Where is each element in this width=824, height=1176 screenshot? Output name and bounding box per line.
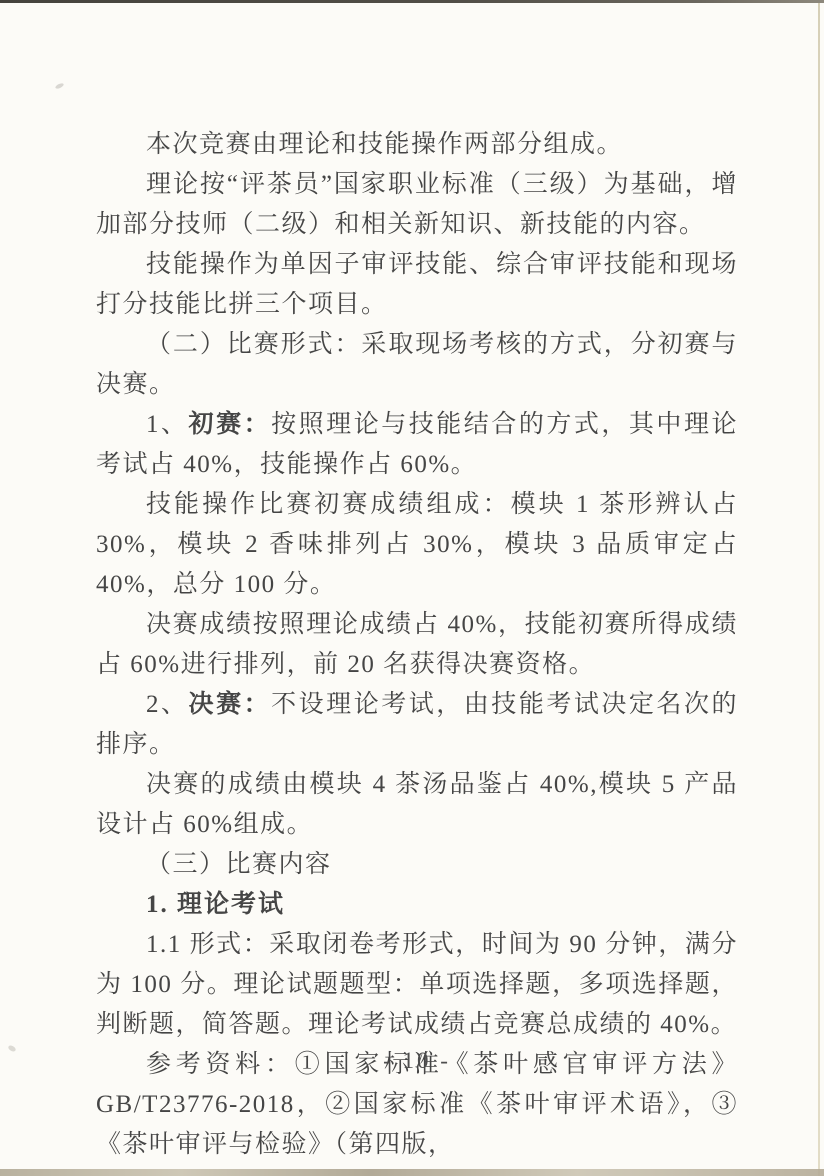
- scan-edge-top: [0, 0, 824, 3]
- document-body: 本次竞赛由理论和技能操作两部分组成。 理论按“评茶员”国家职业标准（三级）为基础…: [96, 125, 738, 1165]
- paragraph-theory-exam-format: 1.1 形式：采取闭卷考形式，时间为 90 分钟，满分为 100 分。理论试题题…: [96, 925, 738, 1045]
- preliminary-round-label: 初赛：: [189, 411, 272, 438]
- paragraph-final-round: 2、决赛：不设理论考试，由技能考试决定名次的排序。: [96, 685, 738, 765]
- scanned-document-page: 本次竞赛由理论和技能操作两部分组成。 理论按“评茶员”国家职业标准（三级）为基础…: [0, 0, 824, 1176]
- paragraph-preliminary-score-composition: 技能操作比赛初赛成绩组成：模块 1 茶形辨认占 30%，模块 2 香味排列占 3…: [96, 485, 738, 605]
- paragraph-preliminary-round: 1、初赛：按照理论与技能结合的方式，其中理论考试占 40%，技能操作占 60%。: [96, 405, 738, 485]
- scan-speck: [7, 1044, 16, 1052]
- paragraph-theory-basis: 理论按“评茶员”国家职业标准（三级）为基础，增加部分技师（二级）和相关新知识、新…: [96, 165, 738, 245]
- list-number: 2、: [146, 691, 189, 718]
- final-round-label: 决赛：: [189, 691, 272, 718]
- page-number: - 10 -: [96, 1048, 738, 1074]
- paragraph-overview: 本次竞赛由理论和技能操作两部分组成。: [96, 125, 738, 165]
- paragraph-final-qualification: 决赛成绩按照理论成绩占 40%，技能初赛所得成绩占 60%进行排列，前 20 名…: [96, 605, 738, 685]
- scan-speck: [55, 82, 65, 89]
- list-number: 1、: [146, 411, 189, 438]
- scan-edge-bottom: [0, 1169, 824, 1176]
- scan-edge-right: [818, 3, 820, 1176]
- heading-theory-exam: 1. 理论考试: [96, 885, 738, 925]
- heading-competition-content: （三）比赛内容: [96, 845, 738, 885]
- paragraph-final-score-composition: 决赛的成绩由模块 4 茶汤品鉴占 40%,模块 5 产品设计占 60%组成。: [96, 765, 738, 845]
- paragraph-competition-format: （二）比赛形式：采取现场考核的方式，分初赛与决赛。: [96, 325, 738, 405]
- paragraph-skill-events: 技能操作为单因子审评技能、综合审评技能和现场打分技能比拼三个项目。: [96, 245, 738, 325]
